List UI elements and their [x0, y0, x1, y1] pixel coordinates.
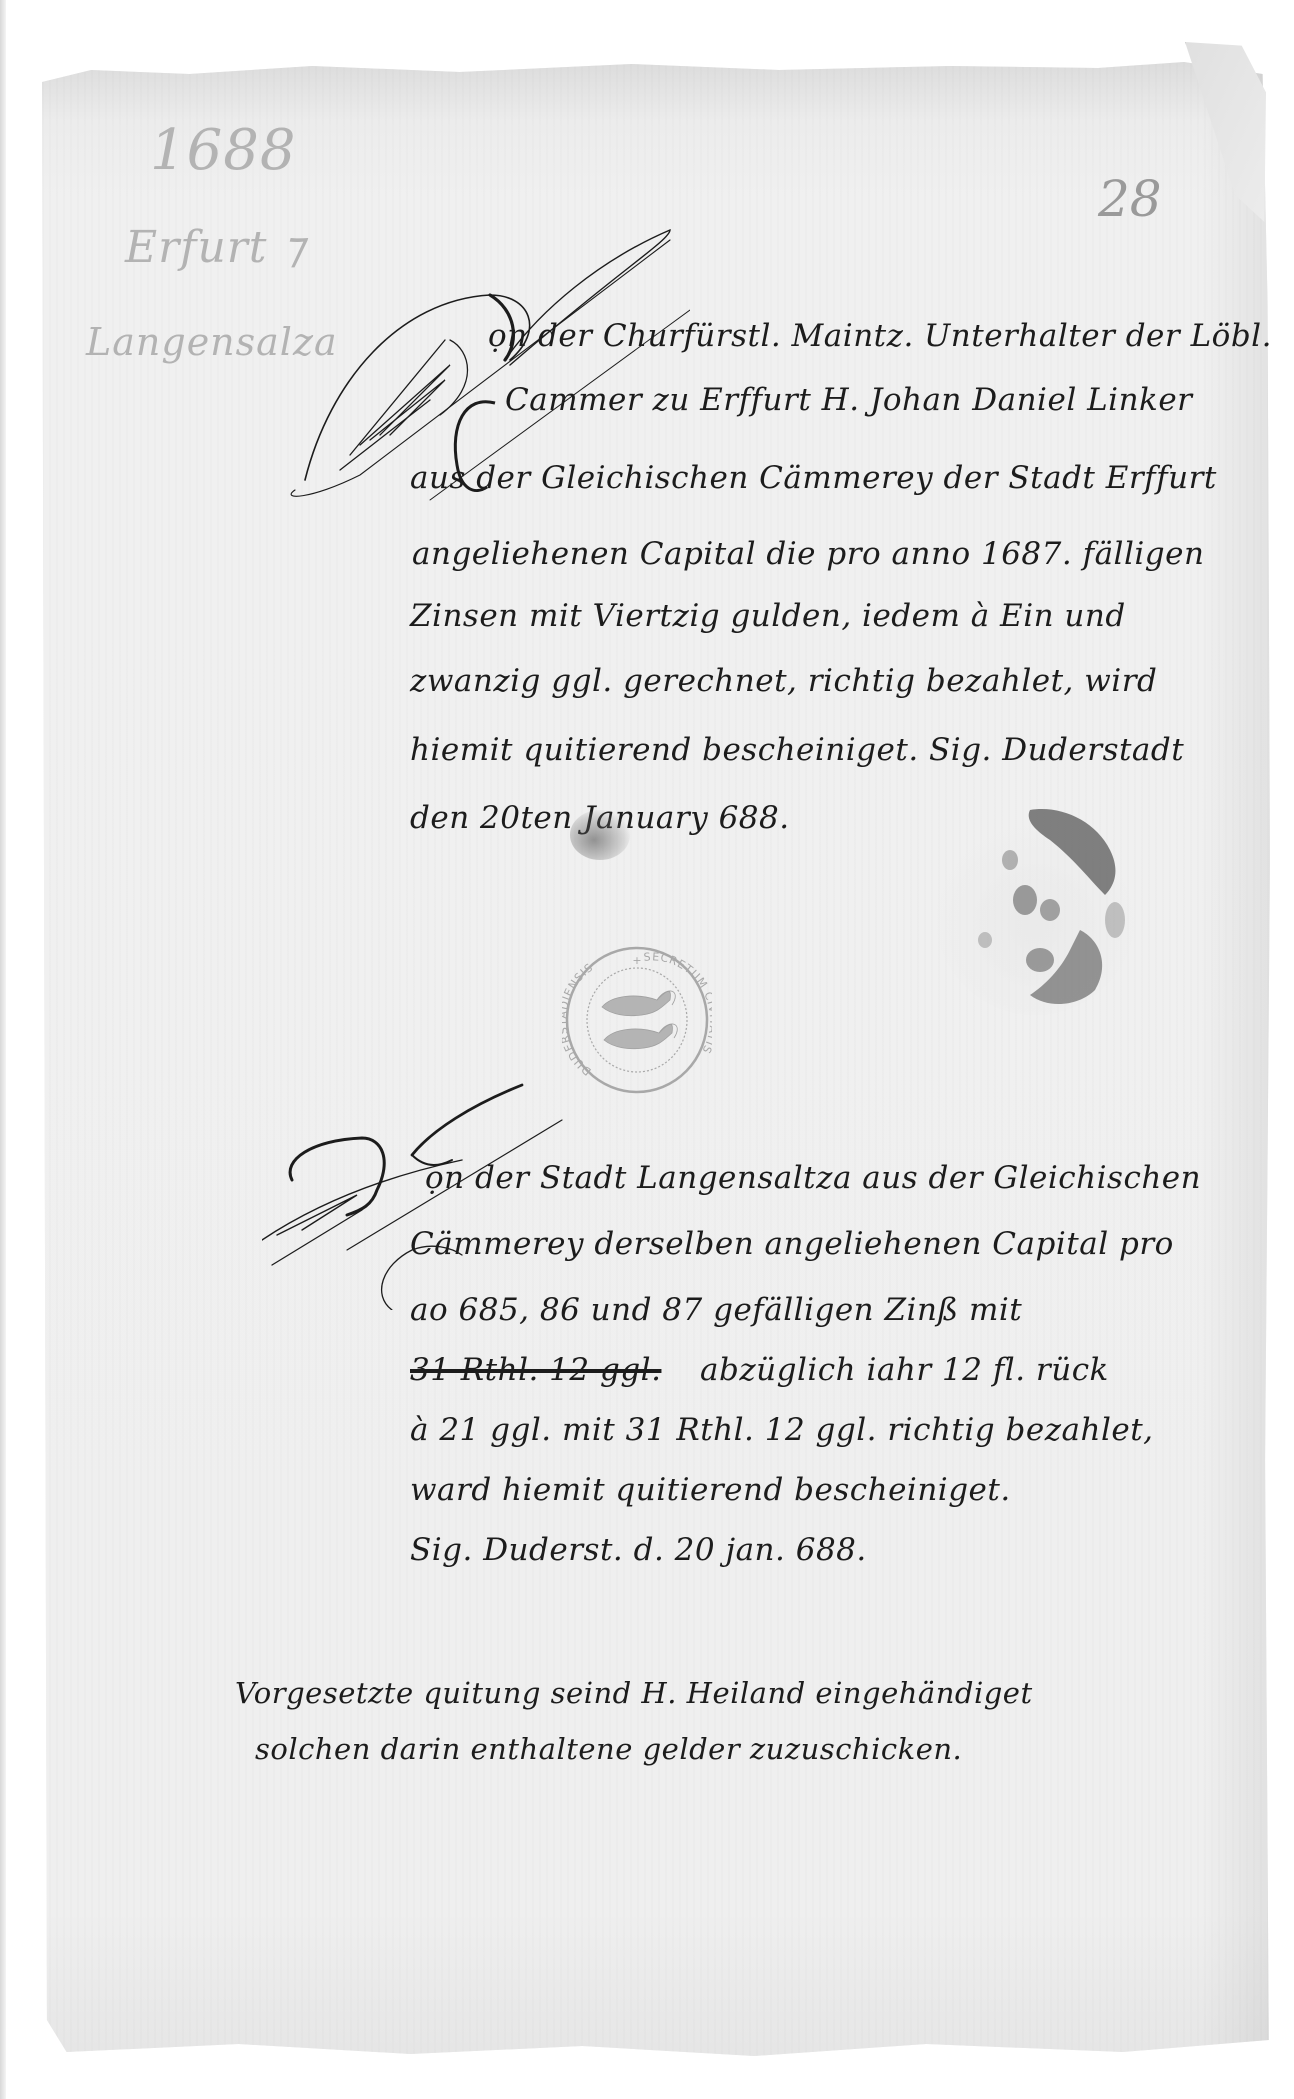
entry-3-line-1: Vorgesetzte quitung seind H. Heiland ein… — [235, 1676, 1033, 1710]
entry-1-line-4: angeliehenen Capital die pro anno 1687. … — [412, 536, 1204, 572]
margin-note-year: 1688 — [150, 118, 297, 183]
seal-legend-left: DUDERSTADIENSIS — [562, 961, 596, 1078]
entry-1-line-1: ọn der Churfürstl. Maintz. Unterhalter d… — [488, 318, 1272, 354]
svg-text:DUDERSTADIENSIS: DUDERSTADIENSIS — [562, 961, 596, 1078]
seal-separator: + — [632, 954, 641, 967]
entry-2-line-1: ọn der Stadt Langensaltza aus der Gleich… — [425, 1160, 1201, 1196]
city-seal-stamp-icon: DUDERSTADIENSIS SECRETUM CIVITATIS + — [562, 945, 712, 1095]
entry-1-line-3: aus der Gleichischen Cämmerey der Stadt … — [410, 460, 1217, 496]
entry-2-line-4: abzüglich iahr 12 fl. rück — [700, 1352, 1109, 1388]
entry-2-struck-amount: 31 Rthl. 12 ggl. — [410, 1352, 661, 1388]
scan-edge-strip — [0, 0, 6, 2099]
entry-2-line-6: ward hiemit quitierend bescheiniget. — [410, 1472, 1011, 1508]
entry-2-line-7: Sig. Duderst. d. 20 jan. 688. — [410, 1532, 867, 1568]
entry-1-line-6: zwanzig ggl. gerechnet, richtig bezahlet… — [410, 663, 1157, 699]
page-edge-shadow — [1200, 62, 1270, 2060]
entry-2-line-5: à 21 ggl. mit 31 Rthl. 12 ggl. richtig b… — [410, 1412, 1154, 1448]
entry-2-line-2: Cämmerey derselben angeliehenen Capital … — [410, 1226, 1174, 1262]
entry-3-line-2: solchen darin enthaltene gelder zuzuschi… — [255, 1732, 962, 1766]
wax-seal-remnant-icon — [910, 790, 1150, 1030]
entry-2-line-3: ao 685, 86 und 87 gefälligen Zinß mit — [410, 1292, 1022, 1328]
entry-1-line-5: Zinsen mit Viertzig gulden, iedem à Ein … — [410, 598, 1126, 634]
ink-smudge — [570, 810, 630, 860]
entry-1-line-2: Cammer zu Erffurt H. Johan Daniel Linker — [505, 382, 1193, 418]
entry-1-line-7: hiemit quitierend bescheiniget. Sig. Dud… — [410, 732, 1184, 768]
folio-number: 28 — [1098, 170, 1162, 228]
